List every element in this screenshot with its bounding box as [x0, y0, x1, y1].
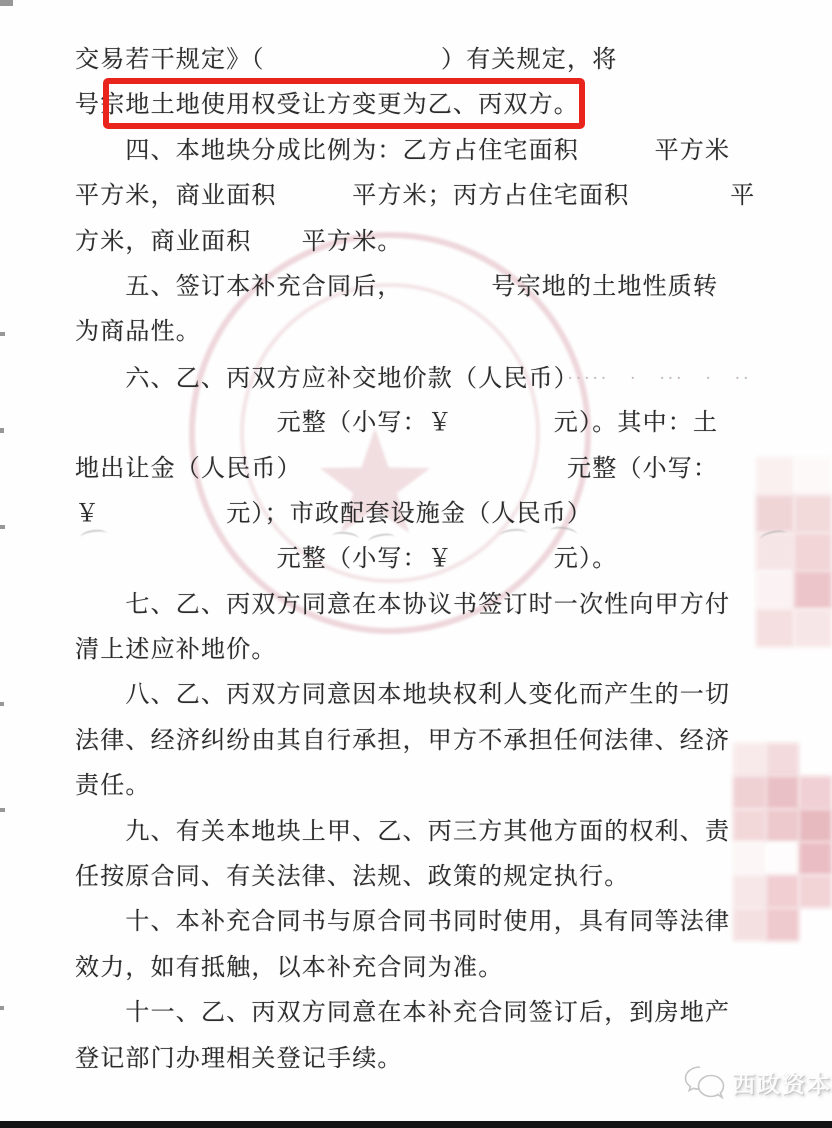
contract-line: 为商品性。 — [75, 310, 787, 355]
contract-line: 九、有关本地块上甲、乙、丙三方其他方面的权利、责 — [75, 810, 787, 855]
contract-line-highlighted: 号宗地土地使用权受让方变更为乙、丙双方。 — [75, 83, 787, 128]
contract-line: 任按原合同、有关法律、法规、政策的规定执行。 — [75, 855, 787, 900]
contract-line: 七、乙、丙双方同意在本协议书签订时一次性向甲方付 — [75, 583, 787, 628]
contract-line: ￥ 元）；市政配套设施金（人民币） — [75, 492, 787, 537]
pink-mosaic-redaction-block — [794, 533, 832, 571]
contract-line: 平方米，商业面积 平方米；丙方占住宅面积 平 — [75, 174, 787, 219]
pink-mosaic-redaction-block — [799, 776, 832, 809]
pink-mosaic-redaction-block — [794, 457, 832, 495]
pink-mosaic-redaction-block — [799, 842, 832, 875]
watermark: 西政资本 — [684, 1064, 832, 1100]
contract-line: 登记部门办理相关登记手续。 — [75, 1037, 787, 1082]
contract-line: 法律、经济纠纷由其自行承担，甲方不承担任何法律、经济 — [75, 719, 787, 764]
scan-edge-speck — [0, 702, 4, 706]
contract-line: 交易若干规定》（ ）有关规定，将 — [75, 38, 787, 83]
pink-mosaic-redaction-block — [799, 875, 832, 908]
scan-edge-speck — [0, 525, 5, 529]
bottom-black-bar — [0, 1121, 832, 1128]
contract-line: 元整（小写：￥ 元）。其中：土 — [75, 401, 787, 446]
contract-line: 地出让金（人民币） 元整（小写： — [75, 447, 787, 492]
scan-edge-speck — [0, 332, 5, 336]
scan-edge-speck — [0, 428, 4, 433]
watermark-text: 西政资本 — [732, 1066, 832, 1099]
contract-line: 元整（小写：￥ 元）。 — [75, 537, 787, 582]
contract-line-text: 六、乙、丙双方应补交地价款（人民币） — [75, 366, 567, 392]
contract-line: 五、签订本补充合同后， 号宗地的土地性质转 — [75, 265, 787, 310]
pink-mosaic-redaction-block — [794, 609, 832, 647]
contract-text-block: 交易若干规定》（ ）有关规定，将 号宗地土地使用权受让方变更为乙、丙双方。 四、… — [75, 38, 787, 1082]
contract-line: 六、乙、丙双方应补交地价款（人民币）····· · ··· · ·· — [75, 356, 787, 401]
scan-edge-speck — [0, 808, 5, 812]
pink-mosaic-redaction-block — [794, 571, 832, 609]
pink-mosaic-redaction-block — [794, 495, 832, 533]
wechat-bubbles-icon — [684, 1064, 726, 1100]
redacted-amount-dots: ····· · ··· · ·· — [567, 368, 751, 389]
contract-line: 清上述应补地价。 — [75, 628, 787, 673]
contract-line: 效力，如有抵触，以本补充合同为准。 — [75, 946, 787, 991]
scan-edge-speck — [0, 1006, 4, 1010]
contract-line: 方米，商业面积 平方米。 — [75, 220, 787, 265]
contract-line: 十一、乙、丙双方同意在本补充合同签订后，到房地产 — [75, 991, 787, 1036]
scanned-contract-page: 交易若干规定》（ ）有关规定，将 号宗地土地使用权受让方变更为乙、丙双方。 四、… — [0, 0, 832, 1128]
pink-mosaic-redaction-block — [799, 809, 832, 842]
contract-line: 十、本补充合同书与原合同书同时使用，具有同等法律 — [75, 900, 787, 945]
contract-line: 责任。 — [75, 764, 787, 809]
contract-line: 四、本地块分成比例为：乙方占住宅面积 平方米 — [75, 129, 787, 174]
scan-edge-speck — [0, 0, 13, 6]
contract-line: 八、乙、丙双方同意因本地块权利人变化而产生的一切 — [75, 673, 787, 718]
